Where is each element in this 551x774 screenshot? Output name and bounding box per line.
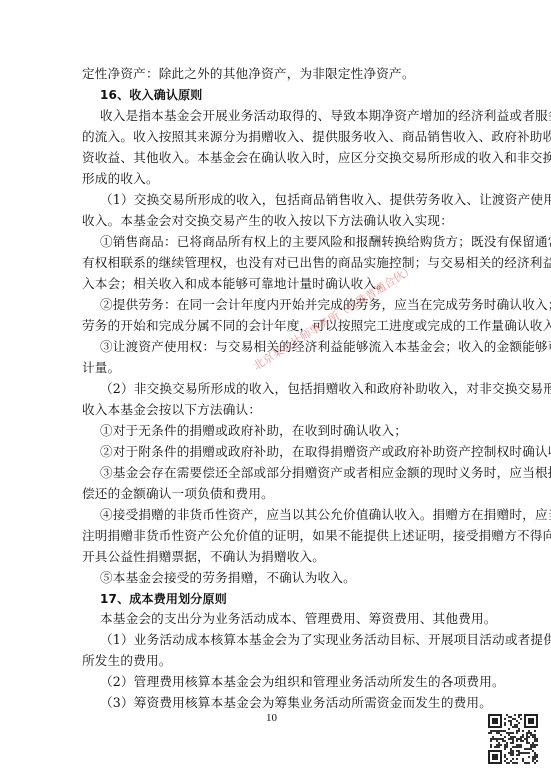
paragraph-line: ⑤本基金会接受的劳务捐赠，不确认为收入。 [100,570,500,586]
paragraph-line: 入本会；相关收入和成本能够可靠地计量时确认收入。 [82,276,482,292]
paragraph-line: 所发生的费用。 [82,653,482,669]
paragraph-line: 计量。 [82,360,482,376]
paragraph-line: 本基金会的支出分为业务活动成本、管理费用、筹资费用、其他费用。 [100,611,500,627]
paragraph-line: ③基金会存在需要偿还全部或部分捐赠资产或者相应金额的现时义务时，应当根据需要 [100,465,500,481]
paragraph-line: ④接受捐赠的非货币性资产，应当以其公允价值确认收入。捐赠方在捐赠时，应当提供 [100,507,500,523]
paragraph-line: ①对于无条件的捐赠或政府补助，在收到时确认收入； [100,423,500,439]
paragraph-line: （1）业务活动成本核算本基金会为了实现业务活动目标、开展项目活动或者提供服务 [100,632,500,648]
paragraph-line: 注明捐赠非货币性资产公允价值的证明，如果不能提供上述证明，接受捐赠方不得向捐赠方 [82,528,482,544]
paragraph-line: 资收益、其他收入。本基金会在确认收入时，应区分交换交易所形成的收入和非交换交易所 [82,150,482,166]
paragraph-line: ②对于附条件的捐赠或政府补助，在取得捐赠资产或政府补助资产控制权时确认收入； [100,444,500,460]
paragraph-line: 收入本基金会按以下方法确认： [82,402,482,418]
page-number: 10 [266,712,277,724]
paragraph-line: （3）筹资费用核算本基金会为筹集业务活动所需资金而发生的费用。 [100,695,500,711]
paragraph-line: 的流入。收入按照其来源分为捐赠收入、提供服务收入、商品销售收入、政府补助收入、投 [82,129,482,145]
paragraph-line: 收入。本基金会对交换交易产生的收入按以下方法确认收入实现： [82,213,482,229]
paragraph-line: 劳务的开始和完成分属不同的会计年度，可以按照完工进度或完成的工作量确认收入。 [82,318,482,334]
paragraph-line: ①销售商品：已将商品所有权上的主要风险和报酬转换给购货方；既没有保留通常与所 [100,234,500,250]
paragraph-line: （2）非交换交易所形成的收入，包括捐赠收入和政府补助收入，对非交换交易形成的 [100,381,500,397]
qr-code-icon [488,714,538,764]
paragraph-line: （2）管理费用核算本基金会为组织和管理业务活动所发生的各项费用。 [100,674,500,690]
paragraph-line: （1）交换交易所形成的收入，包括商品销售收入、提供劳务收入、让渡资产使用权等 [100,192,500,208]
paragraph-line: 有权相联系的继续管理权，也没有对已出售的商品实施控制；与交易相关的经济利益能够流 [82,255,482,271]
paragraph-line: ②提供劳务：在同一会计年度内开始并完成的劳务，应当在完成劳务时确认收入；如果 [100,297,500,313]
paragraph-line: 形成的收入。 [82,171,482,187]
document-page: 定性净资产：除此之外的其他净资产，为非限定性净资产。16、收入确认原则收入是指本… [0,0,551,774]
paragraph-line: 定性净资产：除此之外的其他净资产，为非限定性净资产。 [82,66,482,82]
section-heading: 16、收入确认原则 [100,87,500,103]
paragraph-line: 开具公益性捐赠票据，不确认为捐赠收入。 [82,549,482,565]
paragraph-line: 收入是指本基金会开展业务活动取得的、导致本期净资产增加的经济利益或者服务潜力 [100,108,500,124]
section-heading: 17、成本费用划分原则 [100,591,500,607]
paragraph-line: 偿还的金额确认一项负债和费用。 [82,486,482,502]
